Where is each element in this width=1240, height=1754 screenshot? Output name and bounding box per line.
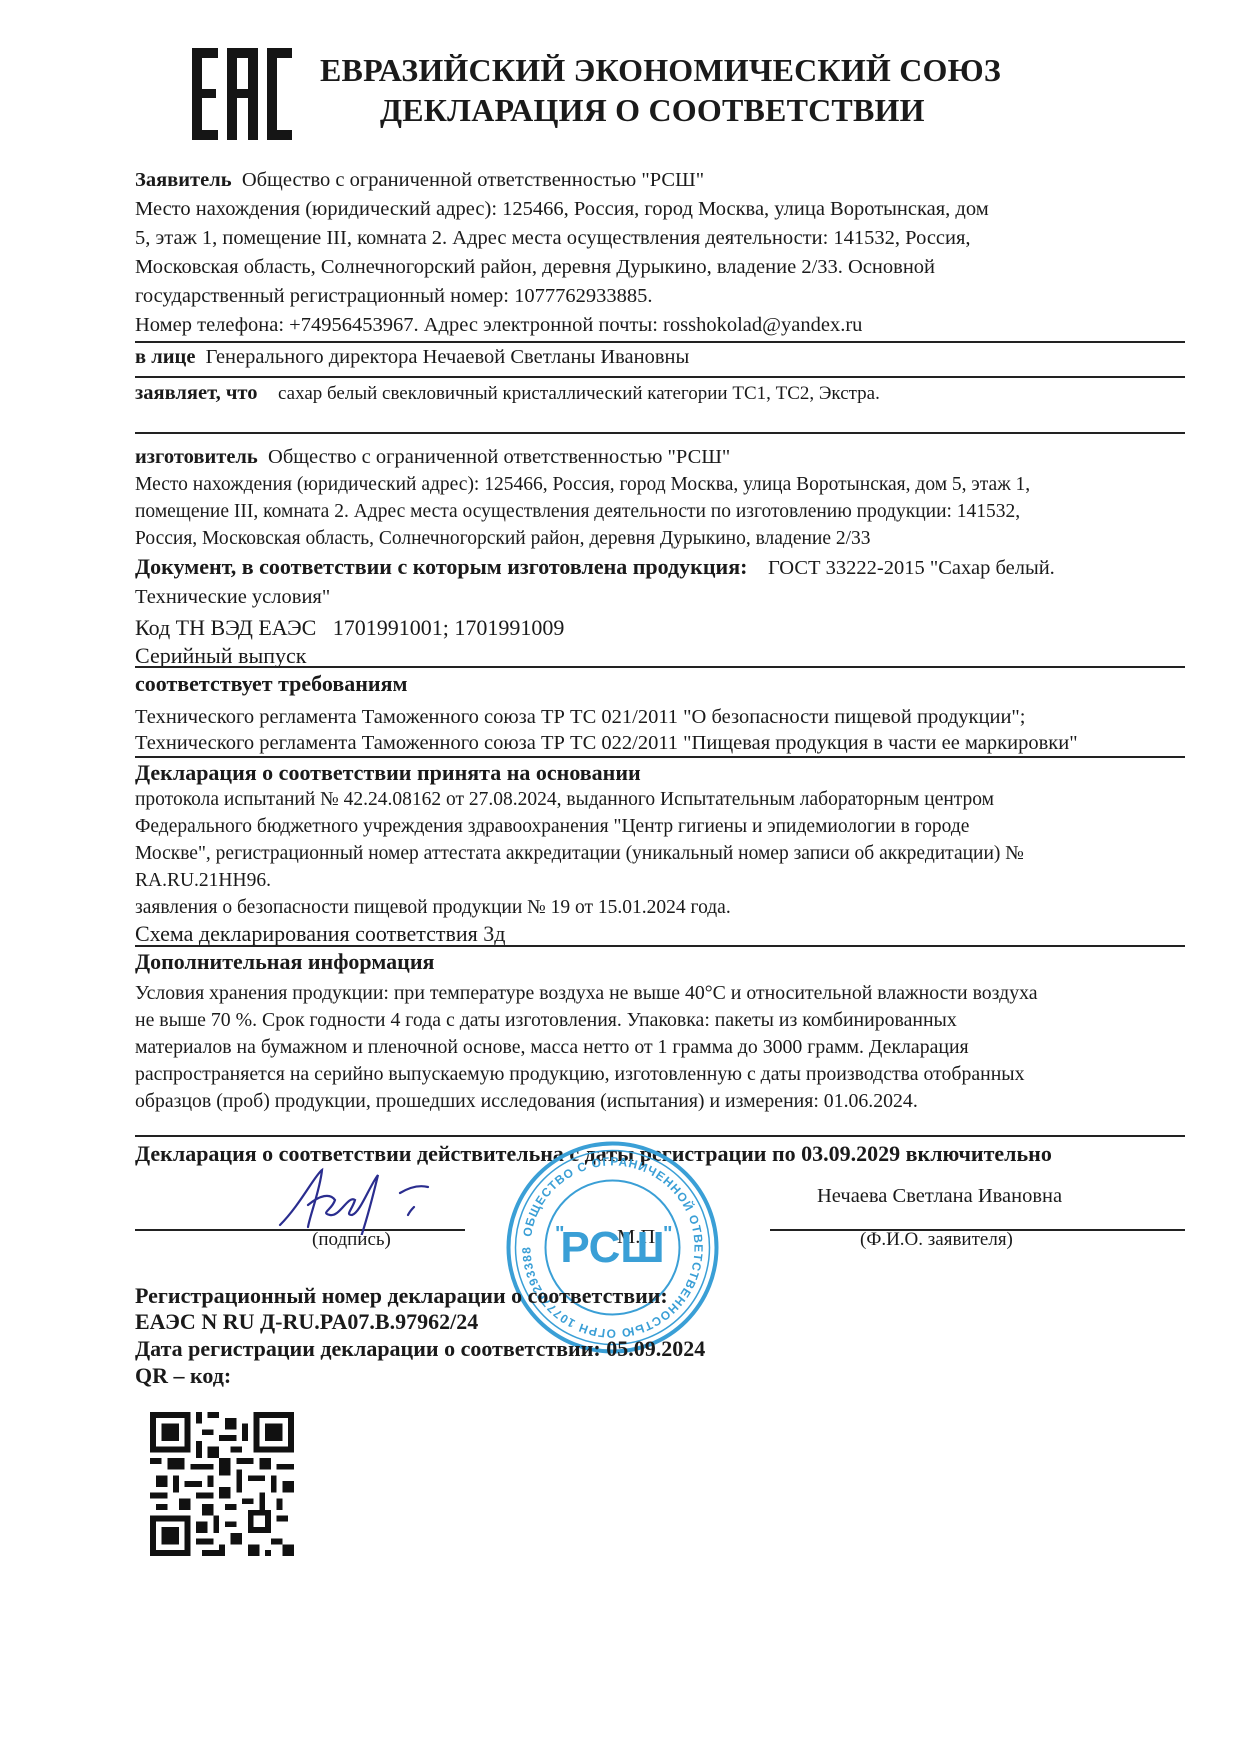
requirements-label: соответствует требованиям xyxy=(135,670,407,697)
registration-number: ЕАЭС N RU Д-RU.PA07.B.97962/24 xyxy=(135,1308,478,1335)
registration-date-label: Дата регистрации декларации о соответств… xyxy=(135,1336,601,1361)
accreditation-number: RA.RU.21НН96. xyxy=(135,867,271,894)
manufacturer-row: изготовитель Общество с ограниченной отв… xyxy=(135,444,730,471)
basis-line: протокола испытаний № 42.24.08162 от 27.… xyxy=(135,786,994,813)
requirement-item: Технического регламента Таможенного союз… xyxy=(135,730,1078,757)
tn-ved-value: 1701991001; 1701991009 xyxy=(333,615,565,640)
applicant-row: Заявитель Общество с ограниченной ответс… xyxy=(135,167,704,194)
tn-ved-label: Код ТН ВЭД ЕАЭС xyxy=(135,615,316,640)
represented-by-row: в лице Генерального директора Нечаевой С… xyxy=(135,344,689,371)
divider xyxy=(135,432,1185,434)
manufacturer-address-line: Место нахождения (юридический адрес): 12… xyxy=(135,471,1030,498)
declaration-scheme: Схема декларирования соответствия 3д xyxy=(135,920,505,947)
signer-name: Нечаева Светлана Ивановна xyxy=(817,1183,1062,1210)
qr-label: QR – код: xyxy=(135,1362,231,1389)
registration-date-row: Дата регистрации декларации о соответств… xyxy=(135,1335,705,1362)
additional-info-line: образцов (проб) продукции, прошедших исс… xyxy=(135,1088,918,1115)
manufacturer-address-line: помещение III, комната 2. Адрес места ос… xyxy=(135,498,1020,525)
safety-statement: заявления о безопасности пищевой продукц… xyxy=(135,894,731,921)
registration-number-label: Регистрационный номер декларации о соотв… xyxy=(135,1282,668,1309)
basis-label: Декларация о соответствии принята на осн… xyxy=(135,759,641,786)
additional-info-label: Дополнительная информация xyxy=(135,948,434,975)
represented-by-label: в лице xyxy=(135,346,195,368)
standard-document-row: Документ, в соответствии с которым изгот… xyxy=(135,553,1055,582)
divider xyxy=(135,666,1185,668)
represented-by-value: Генерального директора Нечаевой Светланы… xyxy=(206,346,690,368)
standard-document-value: ГОСТ 33222-2015 "Сахар белый. xyxy=(768,557,1055,579)
applicant-name: Общество с ограниченной ответственностью… xyxy=(242,169,704,191)
basis-line: Москве", регистрационный номер аттестата… xyxy=(135,840,1024,867)
manufacturer-name: Общество с ограниченной ответственностью… xyxy=(268,446,730,468)
standard-document-value-cont: Технические условия" xyxy=(135,584,330,611)
divider xyxy=(135,341,1185,343)
basis-line: Федерального бюджетного учреждения здрав… xyxy=(135,813,969,840)
company-seal-icon: ОБЩЕСТВО С ОГРАНИЧЕННОЙ ОТВЕТСТВЕННОСТЬЮ… xyxy=(505,1140,720,1355)
additional-info-line: материалов на бумажном и пленочной основ… xyxy=(135,1034,969,1061)
union-title: ЕВРАЗИЙСКИЙ ЭКОНОМИЧЕСКИЙ СОЮЗ xyxy=(320,52,1080,89)
additional-info-line: не выше 70 %. Срок годности 4 года с дат… xyxy=(135,1007,957,1034)
standard-document-label: Документ, в соответствии с которым изгот… xyxy=(135,554,747,579)
applicant-ogrn: государственный регистрационный номер: 1… xyxy=(135,283,653,310)
declaration-title: ДЕКЛАРАЦИЯ О СООТВЕТСТВИИ xyxy=(380,92,1140,129)
divider xyxy=(135,1135,1185,1137)
applicant-address-line: Место нахождения (юридический адрес): 12… xyxy=(135,196,989,223)
tn-ved-row: Код ТН ВЭД ЕАЭС 1701991001; 1701991009 xyxy=(135,614,564,641)
svg-text:РСШ: РСШ xyxy=(560,1223,664,1272)
applicant-label: Заявитель xyxy=(135,169,232,191)
additional-info-line: распространяется на серийно выпускаемую … xyxy=(135,1061,1024,1088)
declares-row: заявляет, что сахар белый свекловичный к… xyxy=(135,380,880,407)
svg-text:": " xyxy=(555,1223,564,1245)
name-caption: (Ф.И.О. заявителя) xyxy=(860,1226,1013,1253)
declares-label: заявляет, что xyxy=(135,382,257,404)
applicant-address-line: 5, этаж 1, помещение III, комната 2. Адр… xyxy=(135,225,971,252)
manufacturer-address-line: Россия, Московская область, Солнечногорс… xyxy=(135,525,871,552)
divider xyxy=(135,756,1185,758)
eac-logo-icon xyxy=(192,48,292,140)
registration-date: 05.09.2024 xyxy=(606,1336,705,1361)
applicant-contacts: Номер телефона: +74956453967. Адрес элек… xyxy=(135,312,862,339)
divider xyxy=(135,376,1185,378)
divider xyxy=(135,945,1185,947)
additional-info-line: Условия хранения продукции: при температ… xyxy=(135,980,1038,1007)
svg-text:": " xyxy=(663,1223,672,1245)
applicant-address-line: Московская область, Солнечногорский райо… xyxy=(135,254,935,281)
qr-code-icon[interactable] xyxy=(150,1412,294,1556)
product-description: сахар белый свекловичный кристаллический… xyxy=(278,383,880,404)
manufacturer-label: изготовитель xyxy=(135,446,258,468)
handwritten-signature-icon xyxy=(260,1165,450,1235)
release-type: Серийный выпуск xyxy=(135,642,306,669)
requirement-item: Технического регламента Таможенного союз… xyxy=(135,704,1025,731)
